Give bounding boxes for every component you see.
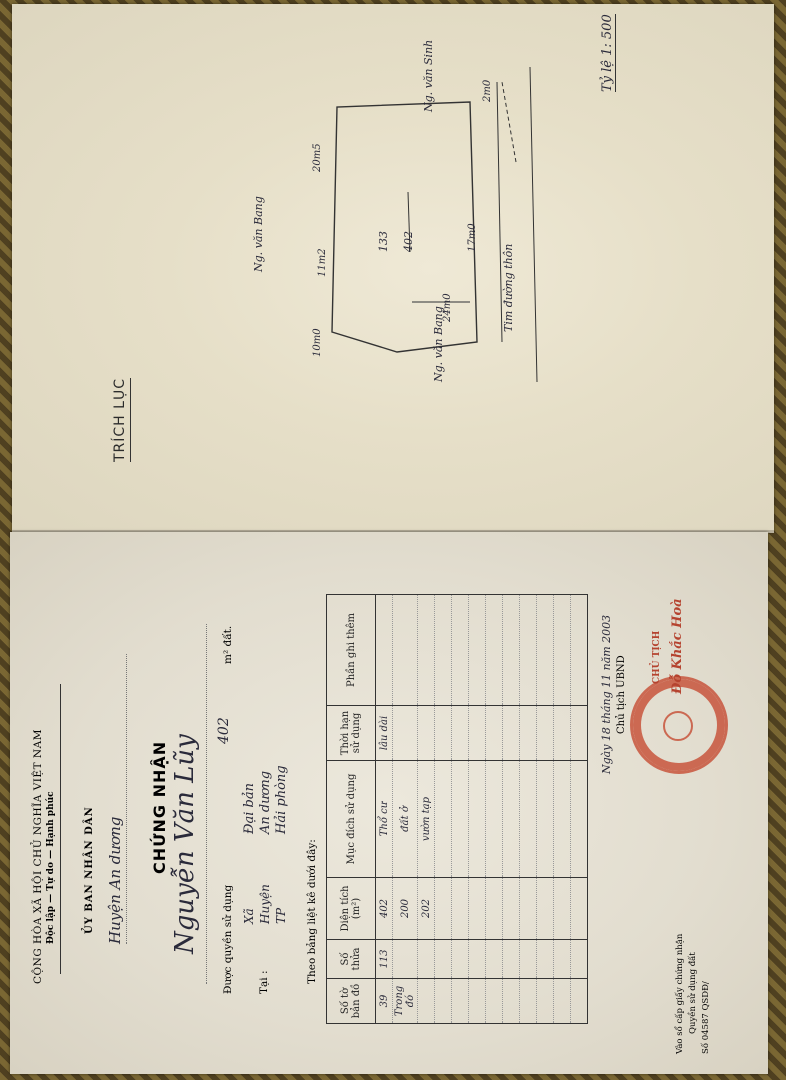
extract-title: TRÍCH LỤC [112,378,131,462]
cell [452,878,469,940]
col-purpose: Mục đích sử dụng [327,761,376,878]
parcel-area: 402 [402,231,415,252]
cell [435,940,452,979]
location-city-prefix: TP [274,908,288,924]
cell [554,979,571,1024]
cell [452,940,469,979]
cell [469,595,486,706]
cell [520,595,537,706]
owner-name: Nguyễn Văn Lũy [170,734,200,954]
location-city: Hải phòng [274,765,289,834]
cell [469,706,486,761]
cell: đất ở [393,761,418,878]
cell: Thổ cư [376,761,393,878]
cell [571,706,588,761]
table-row [554,595,571,1024]
cell [520,878,537,940]
cell [469,940,486,979]
cell [554,595,571,706]
cell [486,761,503,878]
cell [571,595,588,706]
cell [452,706,469,761]
cell [418,979,435,1024]
table-row: 202vườn tạp [418,595,435,1024]
table-row [469,595,486,1024]
location-district: An dương [258,771,273,834]
cell [486,595,503,706]
table-row [503,595,520,1024]
cell [554,706,571,761]
signature-role: CHỦ TỊCH [652,631,662,684]
certificate-page: CỘNG HÒA XÃ HỘI CHỦ NGHĨA VIỆT NAM Độc l… [10,532,768,1074]
scale-label: Tỷ lệ 1: 500 [600,14,616,92]
cell [486,706,503,761]
cell [571,761,588,878]
signature-name: Đỗ Khắc Hoà [670,598,685,694]
cell [571,878,588,940]
cell [486,878,503,940]
dim-left-upper: 11m2 [317,248,328,277]
cell [469,979,486,1024]
use-right-value: 402 [216,717,232,744]
col-area: Diện tích (m²) [327,878,376,940]
col-parcel: Số thửa [327,940,376,979]
cell [554,940,571,979]
parcel-sketch [252,12,552,412]
cell [520,979,537,1024]
cell [418,595,435,706]
stamp-emblem-icon [663,711,693,741]
neighbor-north: Ng. văn Sinh [422,40,435,112]
cell [435,878,452,940]
cell [520,706,537,761]
cell [393,706,418,761]
cell [376,595,393,706]
parcel-number: 133 [377,231,390,252]
col-notes: Phần ghi thêm [327,595,376,706]
cell [452,979,469,1024]
col-map-sheet: Số tờ bản đồ [327,979,376,1024]
cell: 200 [393,878,418,940]
cell [435,761,452,878]
certificate-content: CỘNG HÒA XÃ HỘI CHỦ NGHĨA VIỆT NAM Độc l… [10,532,768,1074]
cell: Trong đó [393,979,418,1024]
cell [503,940,520,979]
table-row [452,595,469,1024]
cell [503,878,520,940]
dim-road-gap: 2m0 [482,80,493,102]
cell [469,878,486,940]
register-line-2: Quyền sử dụng đất [688,952,698,1034]
cell: 402 [376,878,393,940]
cell [537,979,554,1024]
dim-left-lower: 10m0 [312,328,323,357]
cell [503,595,520,706]
cell [452,761,469,878]
dim-top: 20m5 [312,143,323,172]
cell [554,878,571,940]
cell: 113 [376,940,393,979]
table-row [571,595,588,1024]
cell: 39 [376,979,393,1024]
land-register-table: Số tờ bản đồ Số thửa Diện tích (m²) Mục … [326,594,588,1024]
cell [537,761,554,878]
table-header-row: Số tờ bản đồ Số thửa Diện tích (m²) Mục … [327,595,376,1024]
signer-title: Chủ tịch UBND [616,655,627,734]
table-row: Trong đó200đất ở [393,595,418,1024]
extract-page-content: TRÍCH LỤC Tỷ lệ 1: 500 133 402 10m0 11m2… [12,4,774,532]
cell [435,706,452,761]
table-row [520,595,537,1024]
cell: lâu dài [376,706,393,761]
district-name: Huyện An dương [106,817,124,944]
use-right-unit: m² đất. [222,626,234,664]
use-right-label: Được quyền sử dụng [222,885,234,994]
table-row [486,595,503,1024]
cell [418,706,435,761]
table-row: 39113402Thổ cưlâu dài [376,595,393,1024]
cell [571,940,588,979]
cell [452,595,469,706]
location-label: Tại : [258,971,270,995]
cell [571,979,588,1024]
cell [393,595,418,706]
owner-dotline [206,624,207,984]
cell [537,595,554,706]
register-line-1: Vào sổ cấp giấy chứng nhận [675,934,685,1054]
national-header: CỘNG HÒA XÃ HỘI CHỦ NGHĨA VIỆT NAM [32,729,44,984]
table-row [537,595,554,1024]
extract-page: TRÍCH LỤC Tỷ lệ 1: 500 133 402 10m0 11m2… [12,4,774,532]
road-label: Tim đường thôn [502,244,515,332]
cell [435,979,452,1024]
cell [537,878,554,940]
authority-name: ỦY BAN NHÂN DÂN [84,806,95,934]
cell [486,979,503,1024]
cell [469,761,486,878]
cell [435,595,452,706]
header-rule [60,684,61,974]
cell: vườn tạp [418,761,435,878]
certificate-title: CHỨNG NHẬN [150,741,169,874]
cell [537,940,554,979]
neighbor-west: Ng. văn Bang [252,196,265,272]
cell [537,706,554,761]
location-commune-prefix: Xã [242,908,256,924]
cell [393,940,418,979]
national-motto: Độc lập — Tự do — Hạnh phúc [46,791,56,944]
cell [418,940,435,979]
cell [486,940,503,979]
district-dotline [126,654,127,944]
cell [503,706,520,761]
dim-right: 17m0 [467,223,478,252]
location-district-prefix: Huyện [258,884,272,924]
table-intro: Theo bảng liệt kê dưới đây: [306,839,318,984]
cell [520,761,537,878]
location-commune: Đại bản [242,783,257,834]
issue-date: Ngày 18 tháng 11 năm 2003 [600,615,613,774]
cell [503,979,520,1024]
cell: 202 [418,878,435,940]
cell [503,761,520,878]
col-duration: Thời hạn sử dụng [327,706,376,761]
table-row [435,595,452,1024]
neighbor-south: Ng. văn Bang [432,306,445,382]
cell [554,761,571,878]
register-number: Số 04587 QSDĐ/ [701,981,711,1054]
cell [520,940,537,979]
